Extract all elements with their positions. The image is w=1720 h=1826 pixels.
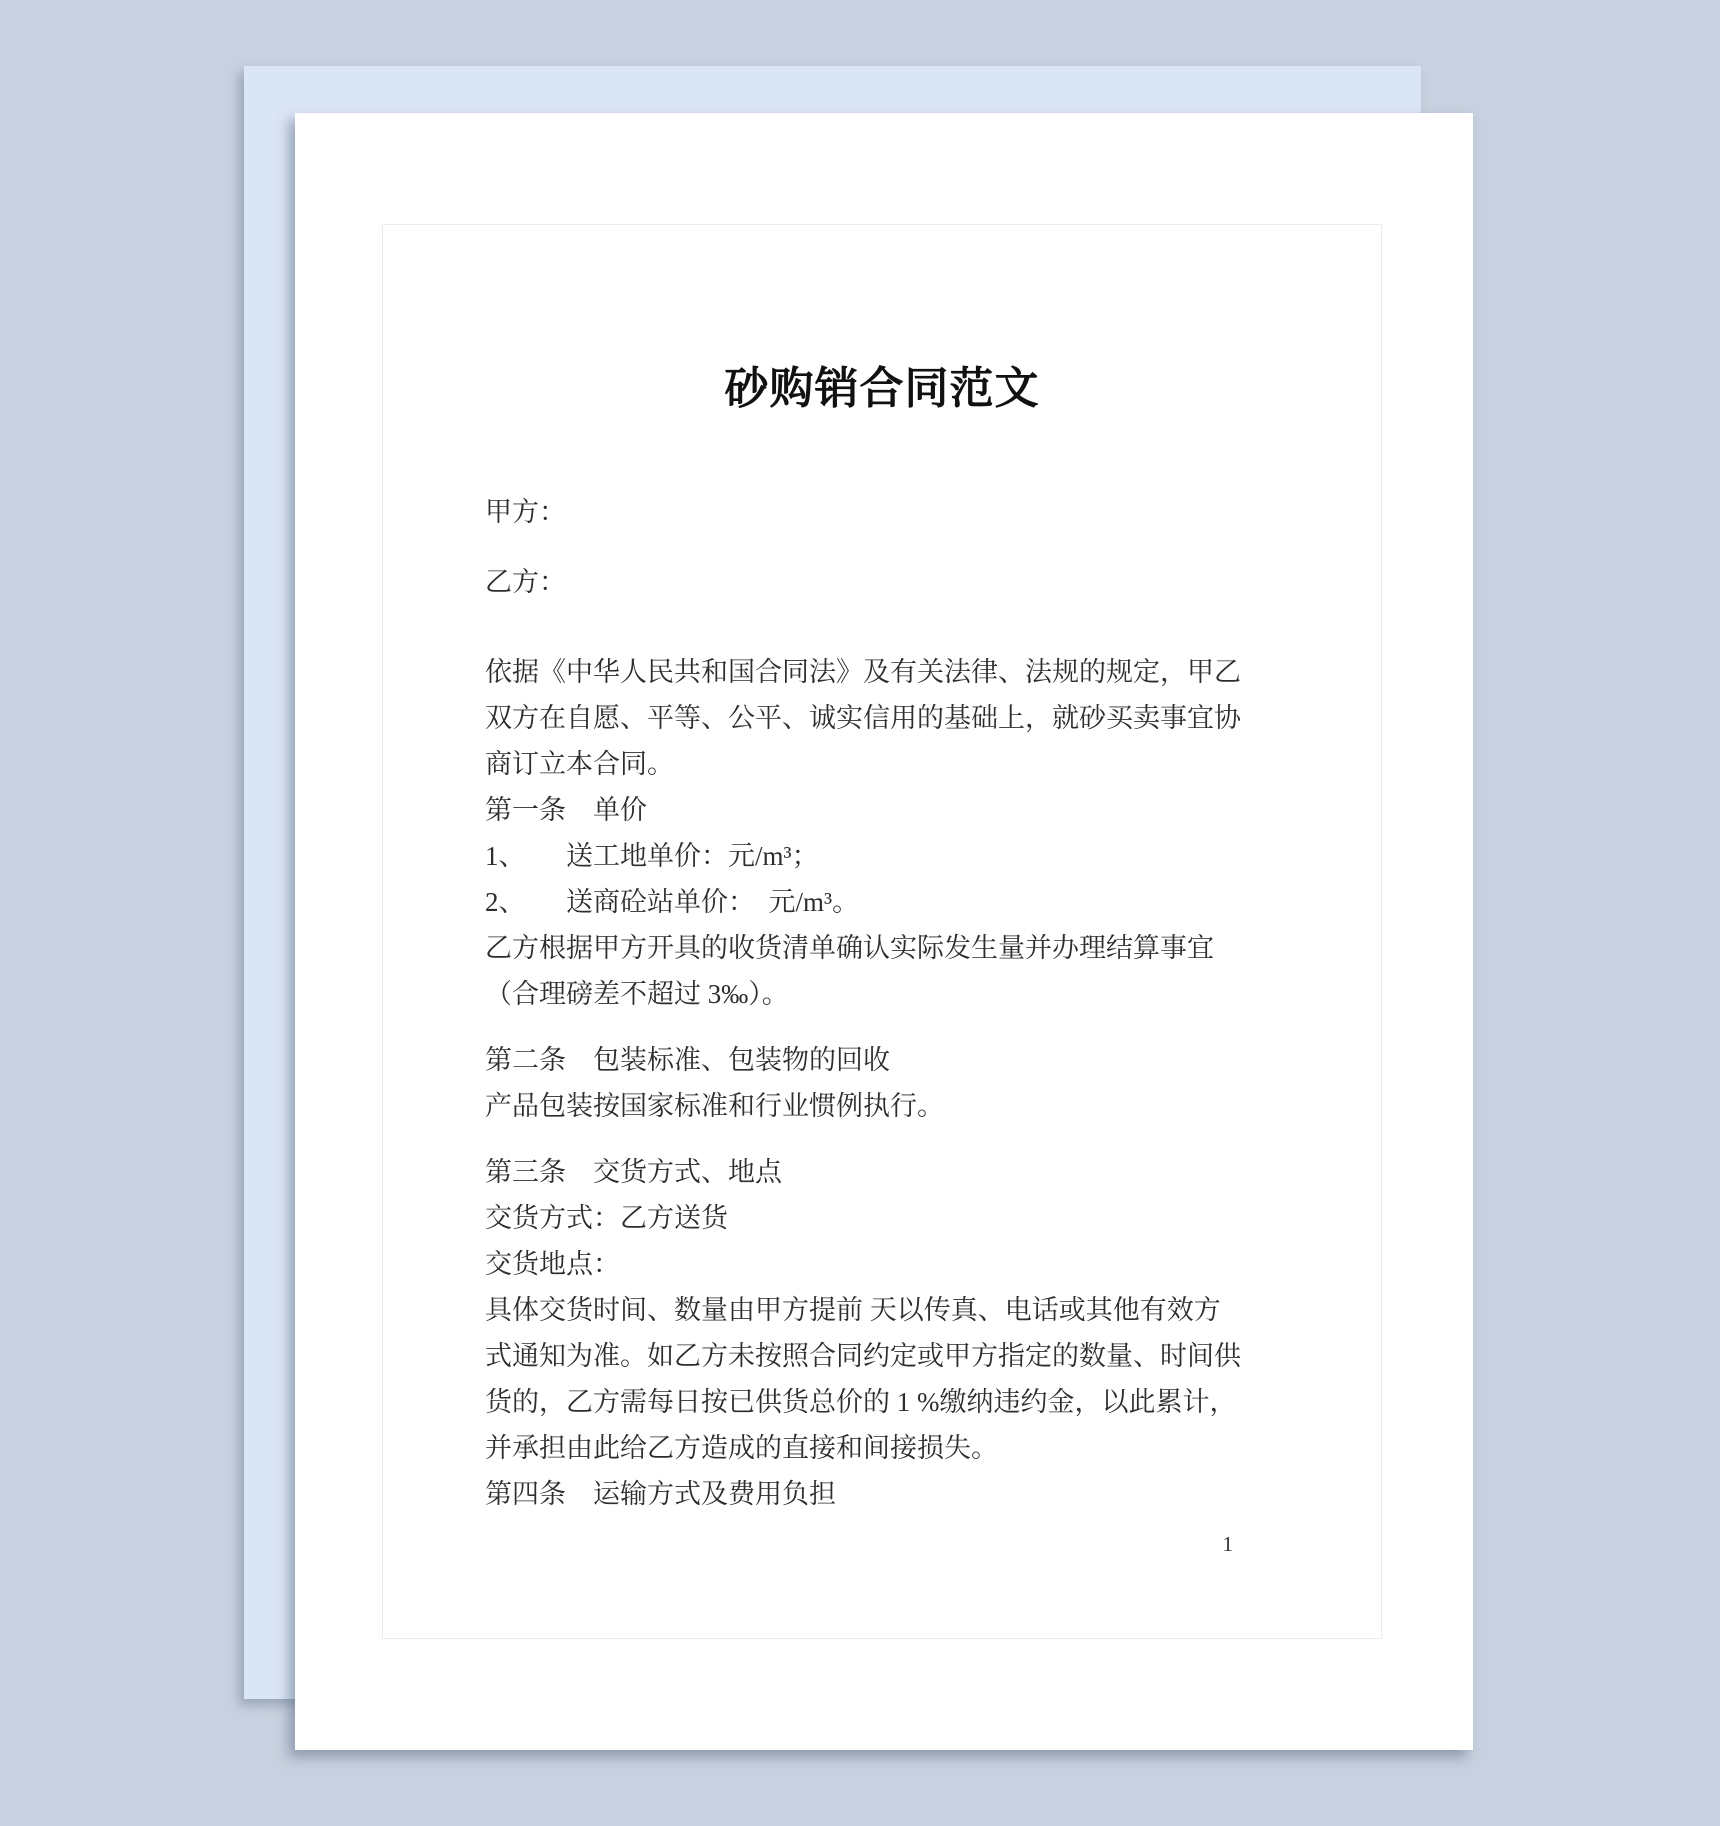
text-line: 第三条 交货方式、地点	[485, 1149, 1225, 1195]
text-line: 第四条 运输方式及费用负担	[485, 1471, 1225, 1517]
paragraph: 1、 送工地单价：元/m³；	[485, 833, 1225, 879]
text-line: 2、 送商砼站单价： 元/m³。	[485, 879, 1225, 925]
page-number: 1	[1223, 1532, 1234, 1556]
text-line: 商订立本合同。	[485, 741, 1225, 787]
text-line: 甲方：	[485, 489, 1225, 535]
document-page: 砂购销合同范文 甲方：乙方：依据《中华人民共和国合同法》及有关法律、法规的规定，…	[295, 113, 1473, 1750]
text-line: 具体交货时间、数量由甲方提前 天以传真、电话或其他有效方	[485, 1287, 1225, 1333]
paragraph: 乙方根据甲方开具的收货清单确认实际发生量并办理结算事宜（合理磅差不超过 3‰）。	[485, 925, 1225, 1017]
paragraph: 2、 送商砼站单价： 元/m³。	[485, 879, 1225, 925]
text-line: 交货方式：乙方送货	[485, 1195, 1225, 1241]
paragraph: 第四条 运输方式及费用负担	[485, 1471, 1225, 1517]
document-content-frame: 砂购销合同范文 甲方：乙方：依据《中华人民共和国合同法》及有关法律、法规的规定，…	[382, 224, 1382, 1639]
text-line: 依据《中华人民共和国合同法》及有关法律、法规的规定，甲乙	[485, 649, 1225, 695]
paragraph: 乙方：	[485, 559, 1225, 605]
text-line: 第一条 单价	[485, 787, 1225, 833]
paragraph: 第二条 包装标准、包装物的回收	[485, 1037, 1225, 1083]
text-line: 并承担由此给乙方造成的直接和间接损失。	[485, 1425, 1225, 1471]
text-line: 第二条 包装标准、包装物的回收	[485, 1037, 1225, 1083]
text-line: 式通知为准。如乙方未按照合同约定或甲方指定的数量、时间供	[485, 1333, 1225, 1379]
text-line: 1、 送工地单价：元/m³；	[485, 833, 1225, 879]
text-line: 产品包装按国家标准和行业惯例执行。	[485, 1083, 1225, 1129]
paragraph: 交货地点：	[485, 1241, 1225, 1287]
text-line: 乙方：	[485, 559, 1225, 605]
paragraph: 第一条 单价	[485, 787, 1225, 833]
text-line: 交货地点：	[485, 1241, 1225, 1287]
paragraph: 甲方：	[485, 489, 1225, 535]
desktop-background: 砂购销合同范文 甲方：乙方：依据《中华人民共和国合同法》及有关法律、法规的规定，…	[0, 0, 1720, 1826]
document-body: 甲方：乙方：依据《中华人民共和国合同法》及有关法律、法规的规定，甲乙双方在自愿、…	[485, 489, 1225, 1517]
text-line: 乙方根据甲方开具的收货清单确认实际发生量并办理结算事宜	[485, 925, 1225, 971]
paragraph: 具体交货时间、数量由甲方提前 天以传真、电话或其他有效方式通知为准。如乙方未按照…	[485, 1287, 1225, 1471]
paragraph: 依据《中华人民共和国合同法》及有关法律、法规的规定，甲乙双方在自愿、平等、公平、…	[485, 649, 1225, 787]
text-line: 双方在自愿、平等、公平、诚实信用的基础上，就砂买卖事宜协	[485, 695, 1225, 741]
document-title: 砂购销合同范文	[383, 359, 1381, 419]
text-line: 货的，乙方需每日按已供货总价的 1 %缴纳违约金，以此累计，	[485, 1379, 1225, 1425]
paragraph: 第三条 交货方式、地点	[485, 1149, 1225, 1195]
paragraph: 产品包装按国家标准和行业惯例执行。	[485, 1083, 1225, 1129]
text-line: （合理磅差不超过 3‰）。	[485, 971, 1225, 1017]
paragraph: 交货方式：乙方送货	[485, 1195, 1225, 1241]
